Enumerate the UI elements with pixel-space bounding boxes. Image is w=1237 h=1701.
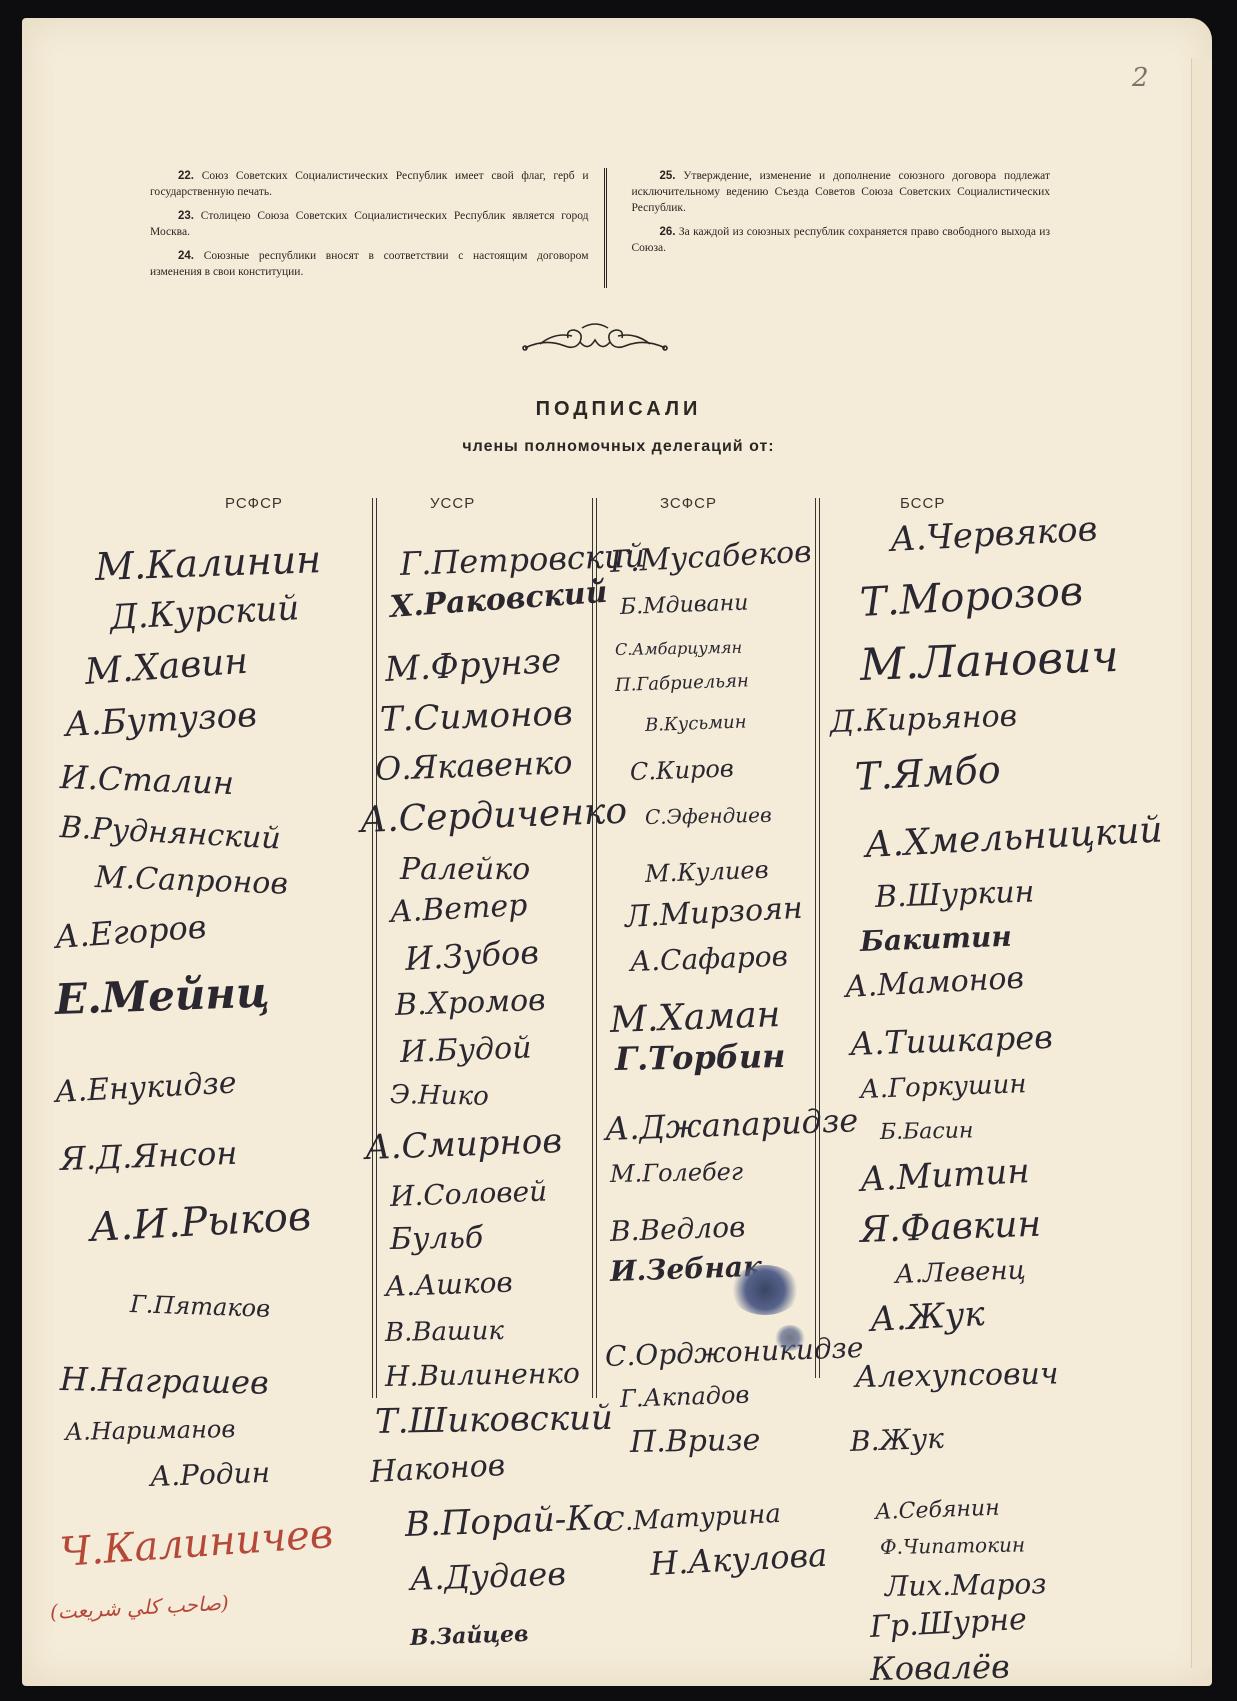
article-text: Союз Советских Социалистических Республи… xyxy=(150,170,588,198)
signature: Д.Кирьянов xyxy=(829,698,1017,740)
column-header-rsfsr: РСФСР xyxy=(225,495,283,512)
signed-subheading: члены полномочных делегаций от: xyxy=(0,438,1237,456)
signature: И.Будой xyxy=(399,1030,532,1070)
article-text: Союзные республики вносят в соответствии… xyxy=(150,250,588,278)
signature: В.Шуркин xyxy=(874,874,1035,915)
signature: В.Хромов xyxy=(394,983,546,1023)
signature: Г.Пятаков xyxy=(130,1290,271,1323)
article-26: 26. За каждой из союзных республик сохра… xyxy=(631,224,1050,256)
signature: Я.Д.Янсон xyxy=(59,1134,238,1178)
signature: С.Киров xyxy=(630,754,735,786)
signature: Алехупсович xyxy=(855,1356,1059,1395)
signature: А.Родин xyxy=(149,1456,270,1493)
page-edge xyxy=(1191,58,1212,1668)
signature: А.Ветер xyxy=(389,888,528,930)
signature: Г.Торбин xyxy=(615,1037,786,1078)
signature: Т.Шиковский xyxy=(375,1398,614,1442)
signature: А.Дудаев xyxy=(409,1555,566,1598)
signature: В.Кусьмин xyxy=(645,711,747,736)
signature: Э.Нико xyxy=(390,1080,489,1112)
column-header-ussr: УССР xyxy=(430,495,475,512)
signature: А.Левенц xyxy=(894,1255,1026,1290)
signature: Лих.Мароз xyxy=(885,1567,1047,1603)
signature: В.Ведлов xyxy=(609,1210,745,1248)
article-number: 24. xyxy=(178,250,194,262)
signature: М.Кулиев xyxy=(645,856,770,888)
signature: Г.Акпадов xyxy=(620,1380,750,1412)
signature: В.Зайцев xyxy=(410,1621,529,1651)
ink-blot xyxy=(775,1325,805,1351)
signature: Ф.Чипатокин xyxy=(880,1532,1026,1559)
signature: Бакитин xyxy=(859,920,1012,958)
signature: Ралейко xyxy=(400,852,530,887)
signature: Н.Вилиненко xyxy=(385,1357,580,1393)
signature: С.Эфендиев xyxy=(645,803,772,829)
article-text: Столицею Союза Советских Социалистически… xyxy=(150,210,588,238)
signature: И.Зубов xyxy=(404,933,540,978)
signature: Т.Ямбо xyxy=(854,747,1002,799)
page-number: 2 xyxy=(1132,63,1149,93)
signature: Е.Мейнц xyxy=(54,968,270,1024)
articles-left-column: 22. Союз Советских Социалистических Респ… xyxy=(150,168,607,288)
ink-blot xyxy=(730,1265,800,1315)
signature: А.Жук xyxy=(869,1294,986,1340)
signature: А.Себянин xyxy=(875,1496,1000,1525)
article-text: За каждой из союзных республик сохраняет… xyxy=(631,226,1050,254)
article-23: 23. Столицею Союза Советских Социалистич… xyxy=(150,208,588,240)
signature: Я.Фавкин xyxy=(859,1204,1042,1251)
signature: В.Порай-Ко xyxy=(404,1498,613,1545)
articles-right-column: 25. Утверждение, изменение и дополнение … xyxy=(607,168,1050,288)
articles-block: 22. Союз Советских Социалистических Респ… xyxy=(150,168,1050,288)
signature: Б.Мдивани xyxy=(620,591,749,620)
signature: П.Вризе xyxy=(630,1423,761,1460)
signature: В.Вашик xyxy=(385,1316,504,1348)
signature: В.Жук xyxy=(849,1422,944,1458)
signature: О.Якавенко xyxy=(374,743,573,788)
signature: Бульб xyxy=(390,1220,484,1257)
signature: М.Сапронов xyxy=(94,860,288,902)
signed-heading: ПОДПИСАЛИ xyxy=(0,398,1237,421)
signature: И.Сталин xyxy=(59,758,234,802)
column-divider xyxy=(815,498,820,1378)
article-text: Утверждение, изменение и дополнение союз… xyxy=(631,170,1050,214)
article-number: 25. xyxy=(659,170,675,182)
ornament-flourish-icon xyxy=(520,318,670,358)
signature: М.Калинин xyxy=(94,537,322,589)
signature: С.Амбарцумян xyxy=(615,638,742,659)
signature: И.Соловей xyxy=(389,1175,547,1213)
signature: А.Горкушин xyxy=(859,1069,1027,1105)
article-24: 24. Союзные республики вносят в соответс… xyxy=(150,248,588,280)
article-number: 26. xyxy=(659,226,675,238)
signature: М.Хаман xyxy=(609,994,781,1041)
signature: А.Нариманов xyxy=(65,1415,236,1446)
signature: А.Тишкарев xyxy=(849,1018,1053,1063)
signature: Ковалёв xyxy=(870,1648,1010,1688)
signature: М.Голебег xyxy=(610,1158,743,1188)
article-22: 22. Союз Советских Социалистических Респ… xyxy=(150,168,588,200)
signature: Н.Награшев xyxy=(60,1360,269,1402)
column-divider xyxy=(592,498,597,1398)
signature: Т.Симонов xyxy=(379,693,573,740)
column-header-zsfsr: ЗСФСР xyxy=(660,495,717,512)
article-number: 23. xyxy=(178,210,194,222)
column-divider xyxy=(372,498,377,1398)
signature: М.Ланович xyxy=(859,631,1119,691)
signature: Наконов xyxy=(369,1448,506,1490)
article-number: 22. xyxy=(178,170,194,182)
signature: А.Ашков xyxy=(384,1266,513,1303)
article-25: 25. Утверждение, изменение и дополнение … xyxy=(631,168,1050,216)
signature: А.Смирнов xyxy=(364,1121,562,1168)
signature: А.Сафаров xyxy=(629,939,788,977)
column-header-bssr: БССР xyxy=(900,495,945,512)
signature: Б.Басин xyxy=(880,1118,974,1145)
